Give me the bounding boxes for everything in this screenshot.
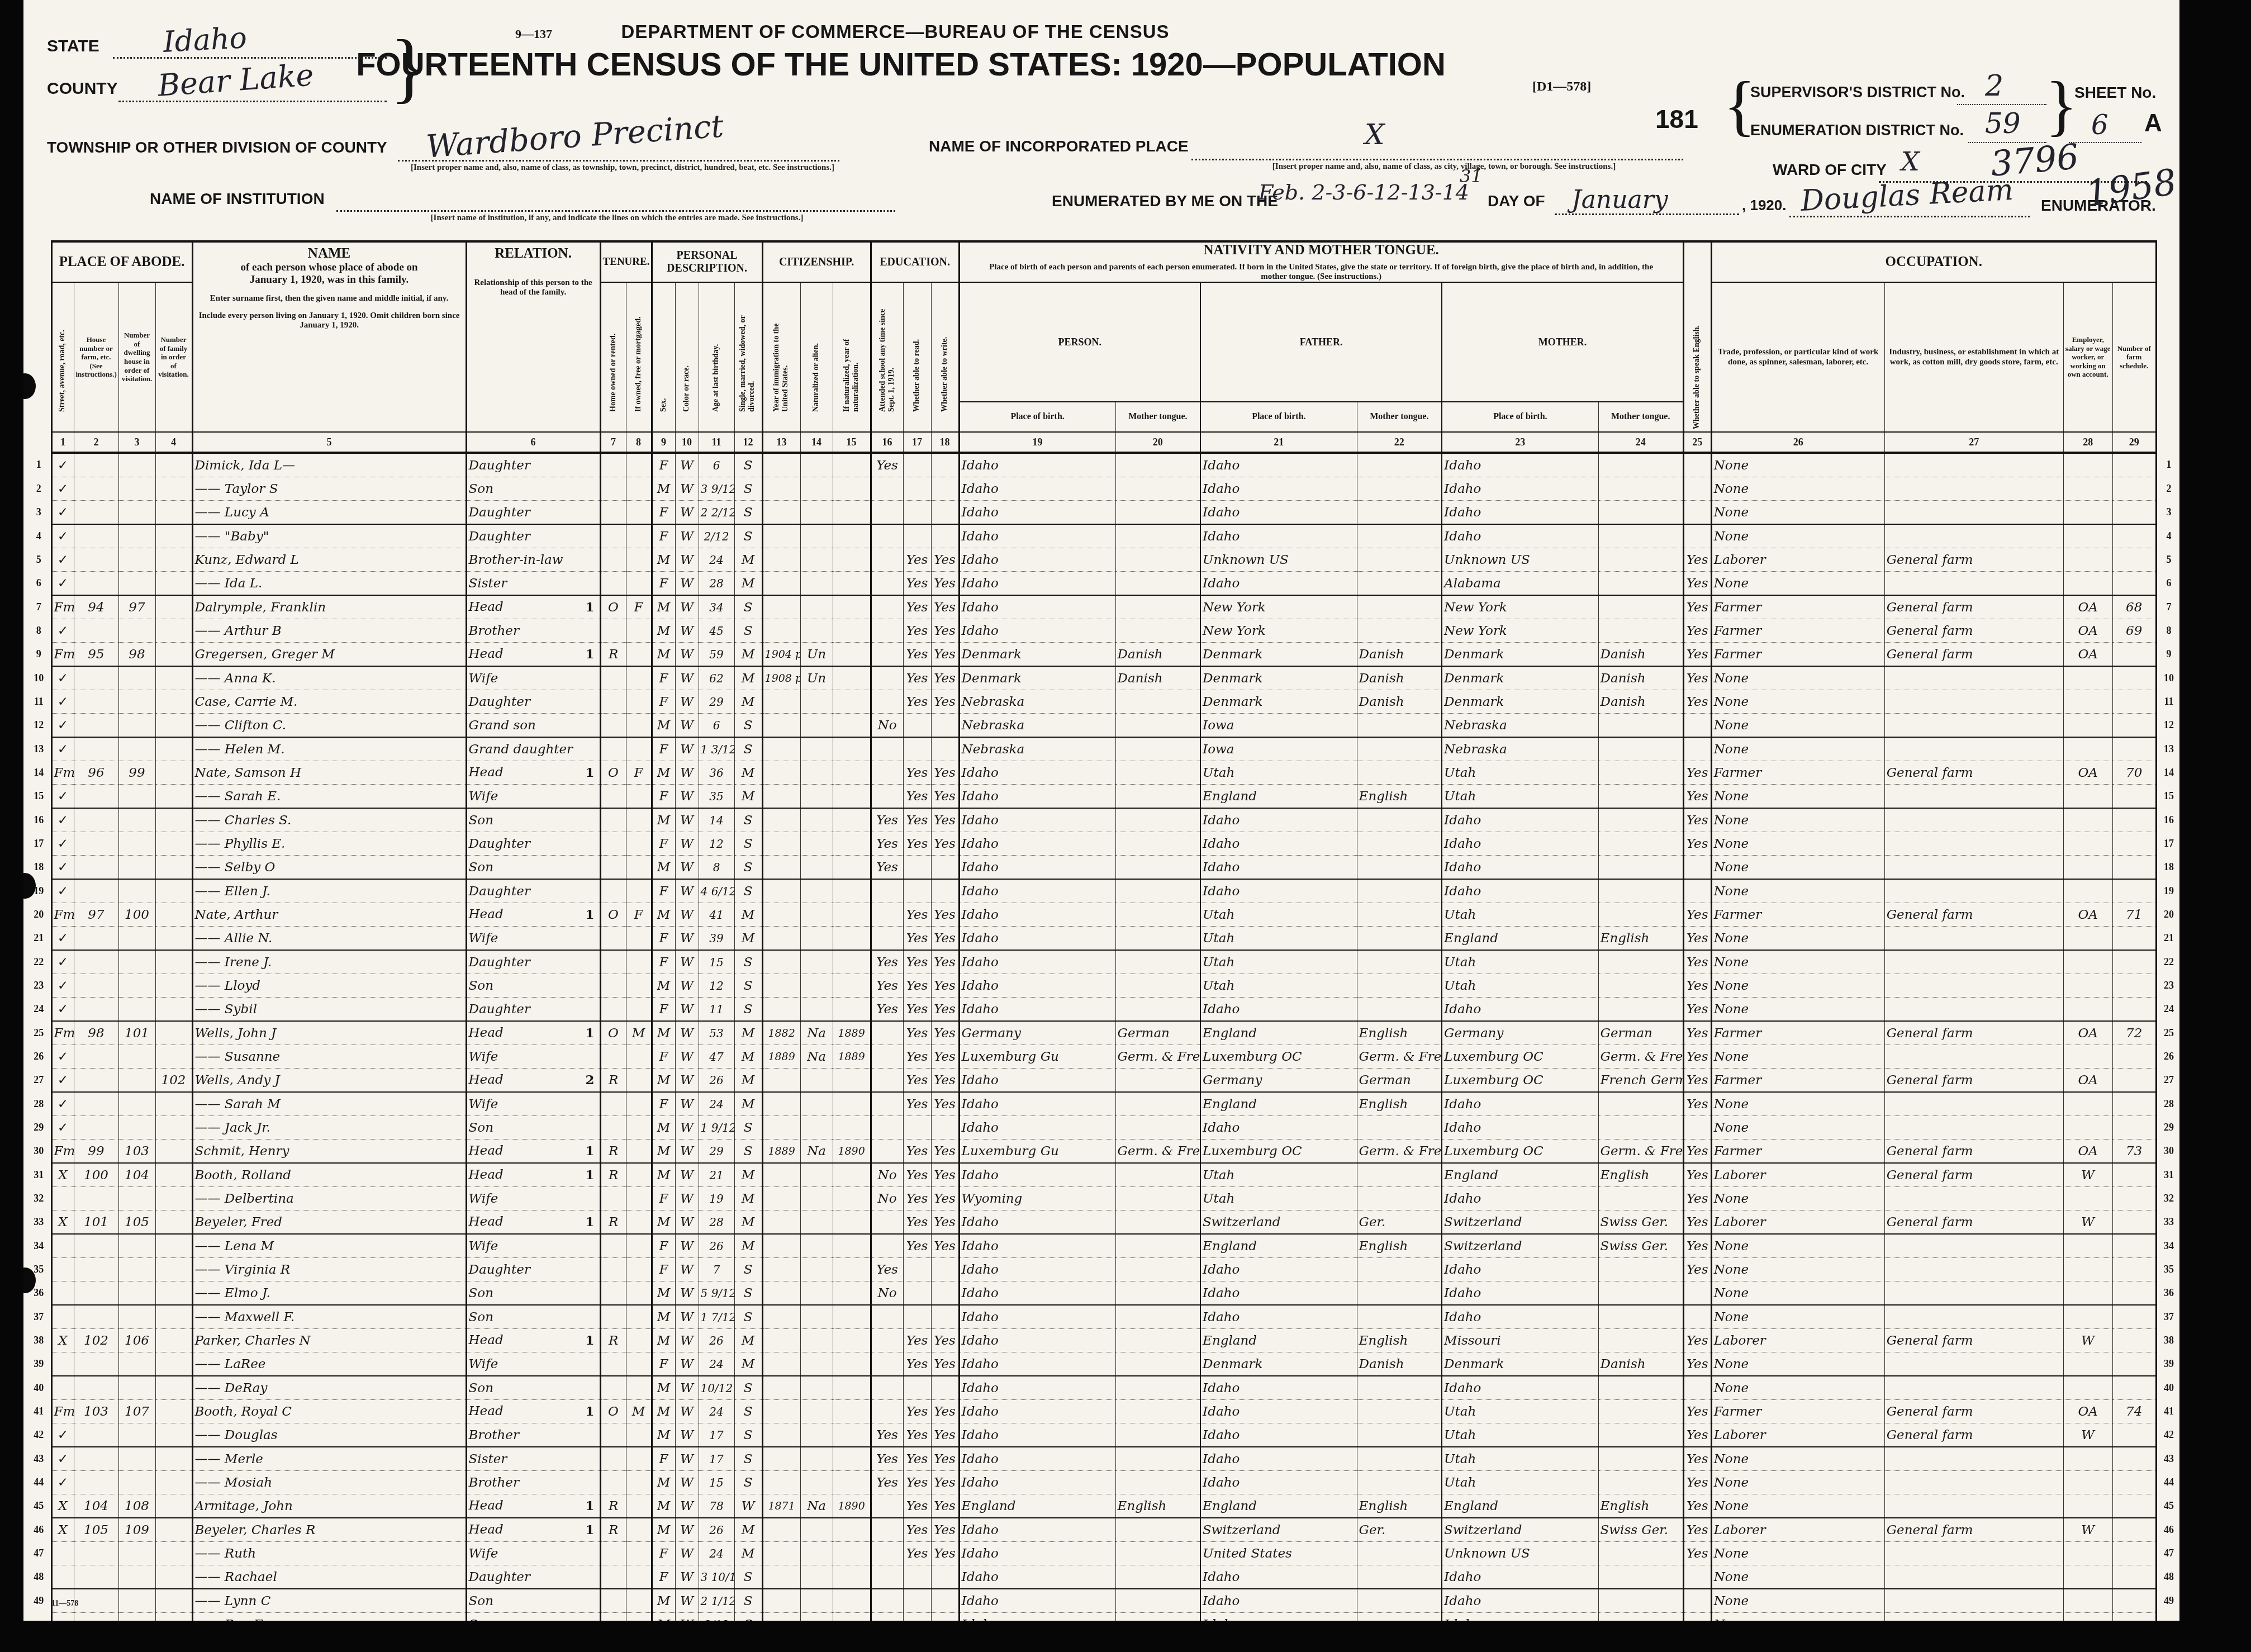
cell-rel: Daughter (466, 998, 600, 1022)
cell-cr: W (675, 501, 699, 525)
cell-fm (155, 1305, 192, 1329)
cell-name: —— Selby O (192, 856, 466, 880)
cell-name: —— Ruth (192, 1542, 466, 1565)
cell-rel: Wife (466, 1234, 600, 1258)
cell-fm (155, 643, 192, 667)
cell-dw (118, 974, 155, 998)
cell-ind (1884, 1376, 2063, 1400)
cell-ms: M (734, 761, 762, 785)
cell-na (800, 1518, 833, 1542)
cell-dw: 99 (118, 761, 155, 785)
cell-cr: W (675, 595, 699, 619)
cell-cr: W (675, 856, 699, 880)
cell-m (626, 998, 652, 1022)
cell-ind (1884, 690, 2063, 714)
cell-name: —— Delbertina (192, 1187, 466, 1210)
cell-ag: 45 (699, 619, 734, 643)
cell-cr: W (675, 1305, 699, 1329)
col-header-school: Attended school any time since Sept. 1, … (871, 282, 903, 432)
cell-ms: S (734, 1613, 762, 1621)
cell-en: Yes (1683, 690, 1711, 714)
cell-name: —— Lynn C (192, 1589, 466, 1613)
cell-rel: Son (466, 856, 600, 880)
cell-wr (931, 856, 959, 880)
cell-fm (155, 477, 192, 501)
group-abode: PLACE OF ABODE. (51, 241, 192, 282)
line-number-right: 14 (2156, 761, 2179, 785)
cell-oc: None (1711, 879, 1884, 903)
cell-oc: Laborer (1711, 1163, 1884, 1187)
cell-sc (871, 595, 903, 619)
cell-mt (1115, 1542, 1200, 1565)
cell-ind: General farm (1884, 1021, 2063, 1045)
cell-pb: Idaho (959, 1305, 1115, 1329)
cell-st: ✓ (51, 737, 74, 761)
cell-hn (74, 548, 118, 572)
cell-mtf: Danish (1357, 690, 1442, 714)
cell-o (600, 1471, 626, 1494)
cell-en (1683, 1613, 1711, 1621)
cell-sx: F (652, 785, 675, 809)
cell-fm (155, 1187, 192, 1210)
col-header-mortgaged: If owned, free or mortgaged. (626, 282, 652, 432)
cell-ind (1884, 477, 2063, 501)
cell-pb: Idaho (959, 1589, 1115, 1613)
cell-rd: Yes (903, 1140, 931, 1164)
cell-st: ✓ (51, 501, 74, 525)
cell-o (600, 856, 626, 880)
cell-ms: S (734, 879, 762, 903)
cell-ny (833, 548, 871, 572)
cell-wr (931, 477, 959, 501)
cell-m (626, 1281, 652, 1306)
cell-pbf: United States (1200, 1542, 1357, 1565)
col-header-english: Whether able to speak English. (1683, 241, 1711, 432)
cell-dw (118, 785, 155, 809)
col-header-age: Age at last birthday. (699, 282, 734, 432)
cell-rel: Daughter (466, 690, 600, 714)
cell-m (626, 643, 652, 667)
line-number-left: 36 (27, 1281, 51, 1306)
cell-fs (2112, 1518, 2156, 1542)
cell-rd: Yes (903, 808, 931, 832)
col-number: 9 (652, 432, 675, 453)
cell-pbm: Nebraska (1442, 737, 1598, 761)
cell-pbf: Utah (1200, 903, 1357, 927)
cell-mtm (1598, 548, 1683, 572)
cell-na (800, 690, 833, 714)
cell-m (626, 453, 652, 477)
line-number-right: 12 (2156, 714, 2179, 738)
cell-pb: Idaho (959, 1423, 1115, 1447)
cell-rd (903, 1565, 931, 1589)
cell-yi (762, 1518, 800, 1542)
cell-sx: F (652, 690, 675, 714)
line-number-left: 42 (27, 1423, 51, 1447)
cell-st: X (51, 1329, 74, 1352)
cell-fs (2112, 879, 2156, 903)
cell-mtf (1357, 619, 1442, 643)
cell-ms: M (734, 1329, 762, 1352)
cell-mt (1115, 1187, 1200, 1210)
cell-name: —— Rachael (192, 1565, 466, 1589)
cell-mtm (1598, 1542, 1683, 1565)
enumerated-label: ENUMERATED BY ME ON THE (1052, 192, 1278, 210)
cell-ny (833, 785, 871, 809)
cell-mtf: Ger. (1357, 1210, 1442, 1235)
cell-wr: Yes (931, 1140, 959, 1164)
cell-fs (2112, 714, 2156, 738)
cell-rd: Yes (903, 643, 931, 667)
sheet-label: SHEET No. (2074, 84, 2156, 102)
cell-fs (2112, 1187, 2156, 1210)
cell-na (800, 1352, 833, 1376)
cell-ny (833, 453, 871, 477)
cell-ms: S (734, 1116, 762, 1140)
cell-st: ✓ (51, 690, 74, 714)
cell-mtf (1357, 950, 1442, 974)
cell-dw (118, 1069, 155, 1093)
cell-st: ✓ (51, 453, 74, 477)
cell-mtf (1357, 1542, 1442, 1565)
cell-o: O (600, 1400, 626, 1423)
cell-mtm (1598, 998, 1683, 1022)
county-label: COUNTY (47, 79, 118, 98)
cell-hn (74, 856, 118, 880)
cell-pbm: Utah (1442, 950, 1598, 974)
cell-dw: 103 (118, 1140, 155, 1164)
cell-rd: Yes (903, 1400, 931, 1423)
cell-rd: Yes (903, 927, 931, 951)
cell-hn (74, 690, 118, 714)
line-number-left: 26 (27, 1045, 51, 1069)
cell-ms: S (734, 619, 762, 643)
cell-mtf (1357, 927, 1442, 951)
cell-cr: W (675, 1092, 699, 1116)
cell-mt (1115, 1518, 1200, 1542)
cell-ms: S (734, 714, 762, 738)
cell-ag: 29 (699, 1140, 734, 1164)
cell-na (800, 903, 833, 927)
group-occupation: OCCUPATION. (1711, 241, 2156, 282)
cell-ind: General farm (1884, 619, 2063, 643)
cell-mt (1115, 1116, 1200, 1140)
cell-na (800, 1092, 833, 1116)
cell-name: —— Arthur B (192, 619, 466, 643)
census-row: 7Fm9497Dalrymple, FranklinHead1OFMW34SYe… (27, 595, 2179, 619)
cell-sc: Yes (871, 453, 903, 477)
cell-sx: M (652, 1376, 675, 1400)
cell-sx: M (652, 1471, 675, 1494)
cell-rel: Grand daughter (466, 737, 600, 761)
cell-hn (74, 453, 118, 477)
group-tenure: TENURE. (600, 241, 652, 282)
cell-pbm: Idaho (1442, 1187, 1598, 1210)
cell-em (2063, 856, 2112, 880)
cell-oc: None (1711, 1494, 1884, 1518)
cell-fm (155, 572, 192, 596)
cell-hn (74, 1116, 118, 1140)
cell-sx: M (652, 1423, 675, 1447)
cell-pbm: Utah (1442, 903, 1598, 927)
cell-mt (1115, 1376, 1200, 1400)
cell-hn (74, 1187, 118, 1210)
cell-st: Fm (51, 595, 74, 619)
cell-mt (1115, 1352, 1200, 1376)
cell-m (626, 1116, 652, 1140)
cell-dw (118, 501, 155, 525)
line-number-left: 33 (27, 1210, 51, 1235)
col-number: 3 (118, 432, 155, 453)
cell-mtf (1357, 1281, 1442, 1306)
cell-ny (833, 1116, 871, 1140)
cell-hn: 94 (74, 595, 118, 619)
cell-m (626, 714, 652, 738)
cell-fs (2112, 1116, 2156, 1140)
cell-en (1683, 1305, 1711, 1329)
cell-rel: Wife (466, 927, 600, 951)
cell-en: Yes (1683, 572, 1711, 596)
cell-pb: Idaho (959, 1447, 1115, 1471)
cell-oc: None (1711, 1281, 1884, 1306)
cell-ny (833, 879, 871, 903)
cell-fm (155, 1092, 192, 1116)
cell-en: Yes (1683, 1163, 1711, 1187)
cell-en: Yes (1683, 643, 1711, 667)
cell-sx: M (652, 1400, 675, 1423)
cell-mtf (1357, 501, 1442, 525)
cell-o (600, 1258, 626, 1281)
col-header-family: Number of family in order of visitation. (155, 282, 192, 432)
census-row: 6✓—— Ida L.SisterFW28MYesYesIdahoIdahoAl… (27, 572, 2179, 596)
cell-pb: Idaho (959, 903, 1115, 927)
cell-sx: M (652, 1210, 675, 1235)
cell-oc: None (1711, 1187, 1884, 1210)
column-number-row: 1234567891011121314151617181920212223242… (27, 432, 2179, 453)
cell-sc (871, 619, 903, 643)
cell-mt (1115, 595, 1200, 619)
cell-sc: No (871, 1187, 903, 1210)
census-row: 36—— Elmo J.SonMW5 9/12SNoIdahoIdahoIdah… (27, 1281, 2179, 1306)
sheet-line (2069, 142, 2141, 143)
cell-m (626, 785, 652, 809)
cell-fs (2112, 501, 2156, 525)
cell-hn (74, 1423, 118, 1447)
cell-rd (903, 856, 931, 880)
cell-pbm: Luxemburg OC (1442, 1045, 1598, 1069)
cell-fm (155, 1116, 192, 1140)
cell-mtm: French Germ. (1598, 1069, 1683, 1093)
cell-hn (74, 1045, 118, 1069)
line-number-right: 32 (2156, 1187, 2179, 1210)
cell-ms: M (734, 1163, 762, 1187)
cell-dw: 98 (118, 643, 155, 667)
cell-mt (1115, 1210, 1200, 1235)
cell-ag: 47 (699, 1045, 734, 1069)
cell-fs (2112, 856, 2156, 880)
cell-pbm: Unknown US (1442, 548, 1598, 572)
cell-yi (762, 1258, 800, 1281)
cell-yi (762, 1116, 800, 1140)
cell-ms: S (734, 501, 762, 525)
cell-mt (1115, 1565, 1200, 1589)
cell-pbm: Idaho (1442, 808, 1598, 832)
cell-ind (1884, 1281, 2063, 1306)
census-row: 40—— DeRaySonMW10/12SIdahoIdahoIdahoNone… (27, 1376, 2179, 1400)
cell-dw: 107 (118, 1400, 155, 1423)
cell-ms: S (734, 1423, 762, 1447)
cell-em (2063, 453, 2112, 477)
census-row: 16✓—— Charles S.SonMW14SYesYesYesIdahoId… (27, 808, 2179, 832)
census-row: 29✓—— Jack Jr.SonMW1 9/12SIdahoIdahoIdah… (27, 1116, 2179, 1140)
cell-sc: Yes (871, 1423, 903, 1447)
cell-ind (1884, 879, 2063, 903)
cell-name: —— Ida L. (192, 572, 466, 596)
census-row: 20Fm97100Nate, ArthurHead1OFMW41MYesYesI… (27, 903, 2179, 927)
cell-st: ✓ (51, 856, 74, 880)
cell-sc (871, 1329, 903, 1352)
cell-mtf (1357, 737, 1442, 761)
cell-wr (931, 879, 959, 903)
cell-dw (118, 477, 155, 501)
cell-cr: W (675, 1423, 699, 1447)
cell-st (51, 1352, 74, 1376)
line-number-left: 1 (27, 453, 51, 477)
cell-rel: Head1 (466, 1210, 600, 1235)
line-number-right: 23 (2156, 974, 2179, 998)
cell-fs (2112, 1234, 2156, 1258)
census-row: 12✓—— Clifton C.Grand sonMW6SNoNebraskaI… (27, 714, 2179, 738)
cell-ag: 24 (699, 1542, 734, 1565)
cell-ind: General farm (1884, 643, 2063, 667)
col-number: 12 (734, 432, 762, 453)
cell-fs (2112, 524, 2156, 548)
brace-right: } (2045, 67, 2078, 144)
cell-cr: W (675, 808, 699, 832)
cell-mtm (1598, 808, 1683, 832)
cell-ms: M (734, 1518, 762, 1542)
cell-pbm: New York (1442, 595, 1598, 619)
line-number-left: 3 (27, 501, 51, 525)
col-number: 10 (675, 432, 699, 453)
cell-ms: S (734, 737, 762, 761)
cell-fs (2112, 808, 2156, 832)
cell-em: OA (2063, 903, 2112, 927)
census-row: 42✓—— DouglasBrotherMW17SYesYesYesIdahoI… (27, 1423, 2179, 1447)
cell-mtm (1598, 595, 1683, 619)
col-number: 17 (903, 432, 931, 453)
cell-hn: 101 (74, 1210, 118, 1235)
cell-sc (871, 927, 903, 951)
cell-st: ✓ (51, 808, 74, 832)
cell-sc: Yes (871, 998, 903, 1022)
cell-oc: None (1711, 1258, 1884, 1281)
col-number: 26 (1711, 432, 1884, 453)
stamp-181: 181 (1655, 104, 1698, 134)
cell-fs (2112, 666, 2156, 690)
line-number-left: 48 (27, 1565, 51, 1589)
cell-pbm: Missouri (1442, 1329, 1598, 1352)
cell-name: —— Douglas (192, 1423, 466, 1447)
cell-fs (2112, 1613, 2156, 1621)
cell-pbm: Idaho (1442, 1258, 1598, 1281)
col-number: 24 (1598, 432, 1683, 453)
cell-name: Dimick, Ida L— (192, 453, 466, 477)
cell-ms: S (734, 524, 762, 548)
cell-cr: W (675, 548, 699, 572)
line-number-right: 11 (2156, 690, 2179, 714)
col-number: 7 (600, 432, 626, 453)
cell-na (800, 879, 833, 903)
cell-mt (1115, 477, 1200, 501)
cell-m (626, 1329, 652, 1352)
cell-yi (762, 761, 800, 785)
cell-m (626, 1045, 652, 1069)
cell-mtm: German (1598, 1021, 1683, 1045)
cell-fs (2112, 927, 2156, 951)
cell-pbf: Luxemburg OC (1200, 1140, 1357, 1164)
line-number-right: 46 (2156, 1518, 2179, 1542)
cell-na (800, 501, 833, 525)
group-citizenship: CITIZENSHIP. (762, 241, 871, 282)
cell-pbm: Utah (1442, 974, 1598, 998)
cell-ag: 53 (699, 1021, 734, 1045)
cell-mtf (1357, 548, 1442, 572)
cell-st (51, 1613, 74, 1621)
census-row: 44✓—— MosiahBrotherMW15SYesYesYesIdahoId… (27, 1471, 2179, 1494)
cell-dw (118, 524, 155, 548)
cell-yi (762, 595, 800, 619)
cell-pbm: Idaho (1442, 524, 1598, 548)
cell-ind: General farm (1884, 1400, 2063, 1423)
cell-pb: Idaho (959, 832, 1115, 856)
cell-mtf (1357, 1376, 1442, 1400)
cell-mt (1115, 1400, 1200, 1423)
cell-wr (931, 1376, 959, 1400)
census-row: 32—— DelbertinaWifeFW19MNoYesYesWyomingU… (27, 1187, 2179, 1210)
cell-ind (1884, 1613, 2063, 1621)
cell-oc: None (1711, 453, 1884, 477)
cell-name: Schmit, Henry (192, 1140, 466, 1164)
cell-pbm: Idaho (1442, 856, 1598, 880)
cell-pbm: Idaho (1442, 998, 1598, 1022)
cell-pbf: Idaho (1200, 1447, 1357, 1471)
line-number-left: 5 (27, 548, 51, 572)
cell-sx: M (652, 974, 675, 998)
line-number-right: 34 (2156, 1234, 2179, 1258)
line-number-left: 46 (27, 1518, 51, 1542)
cell-mtf (1357, 998, 1442, 1022)
cell-hn (74, 1258, 118, 1281)
cell-pb: Wyoming (959, 1187, 1115, 1210)
sheet-value: 6 (2091, 110, 2108, 141)
cell-dw (118, 1116, 155, 1140)
cell-o (600, 1423, 626, 1447)
cell-dw (118, 832, 155, 856)
cell-dw (118, 572, 155, 596)
cell-st (51, 1565, 74, 1589)
cell-o: O (600, 595, 626, 619)
cell-dw (118, 1565, 155, 1589)
cell-o (600, 1352, 626, 1376)
cell-mt (1115, 974, 1200, 998)
cell-mtm (1598, 1116, 1683, 1140)
cell-rd (903, 1613, 931, 1621)
cell-wr: Yes (931, 998, 959, 1022)
col-header-sex: Sex. (652, 282, 675, 432)
cell-pbm: Denmark (1442, 643, 1598, 667)
cell-wr: Yes (931, 1471, 959, 1494)
